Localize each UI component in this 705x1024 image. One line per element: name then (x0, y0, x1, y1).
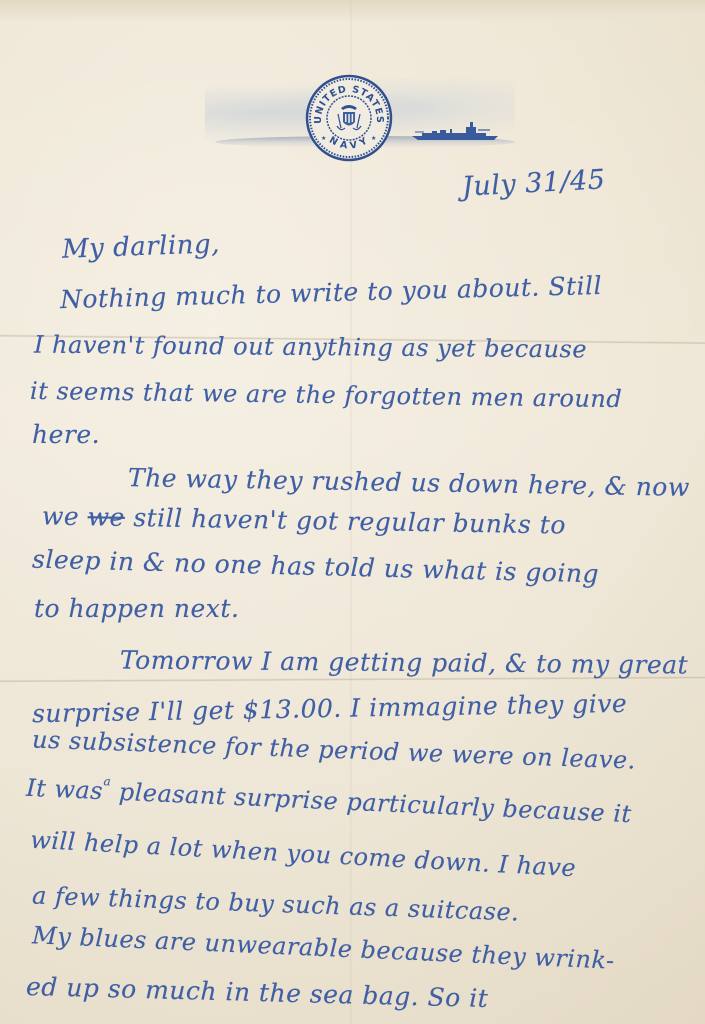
svg-text:★: ★ (321, 135, 326, 142)
letter-line: Nothing much to write to you about. Stil… (60, 271, 603, 314)
letter-line: The way they rushed us down here, & now (128, 463, 690, 502)
letter-line: a few things to buy such as a suitcase. (32, 882, 520, 927)
letter-line: ed up so much in the sea bag. So it (26, 972, 489, 1013)
letter-line: surprise I'll get $13.00. I immagine the… (32, 689, 628, 728)
svg-text:★: ★ (371, 135, 376, 142)
navy-seal-icon: UNITED STATES NAVY ★ ★ (305, 74, 393, 162)
letter-line: It wasa pleasant surprise particularly b… (26, 771, 633, 828)
letter-line: I haven't found out anything as yet beca… (34, 331, 587, 364)
inserted-word: a (103, 774, 111, 788)
letter-word: still haven't got regular bunks to (133, 503, 566, 540)
letter-date: July 31/45 (461, 164, 606, 202)
letter-word: we (42, 501, 80, 531)
letter-line: sleep in & no one has told us what is go… (32, 545, 600, 589)
letter-word: It was (26, 774, 104, 805)
letter-word: pleasant surprise particularly because i… (118, 778, 632, 828)
letter-line: will help a lot when you come down. I ha… (30, 826, 577, 883)
letterhead: UNITED STATES NAVY ★ ★ (205, 70, 515, 170)
letter-line: we we still haven't got regular bunks to (42, 501, 566, 539)
letter-salutation: My darling, (62, 229, 221, 264)
letter-line: to happen next. (34, 594, 239, 623)
letter-line: here. (32, 420, 100, 449)
paper-top-edge (0, 0, 705, 22)
letter-line: My blues are unwearable because they wri… (32, 921, 616, 974)
battleship-icon (410, 120, 500, 142)
letter-page: UNITED STATES NAVY ★ ★ (0, 0, 705, 1024)
letter-line: us subsistence for the period we were on… (32, 725, 637, 774)
letter-line: Tomorrow I am getting paid, & to my grea… (120, 646, 688, 680)
letter-line: it seems that we are the forgotten men a… (30, 377, 623, 413)
struck-word: we (87, 502, 125, 532)
